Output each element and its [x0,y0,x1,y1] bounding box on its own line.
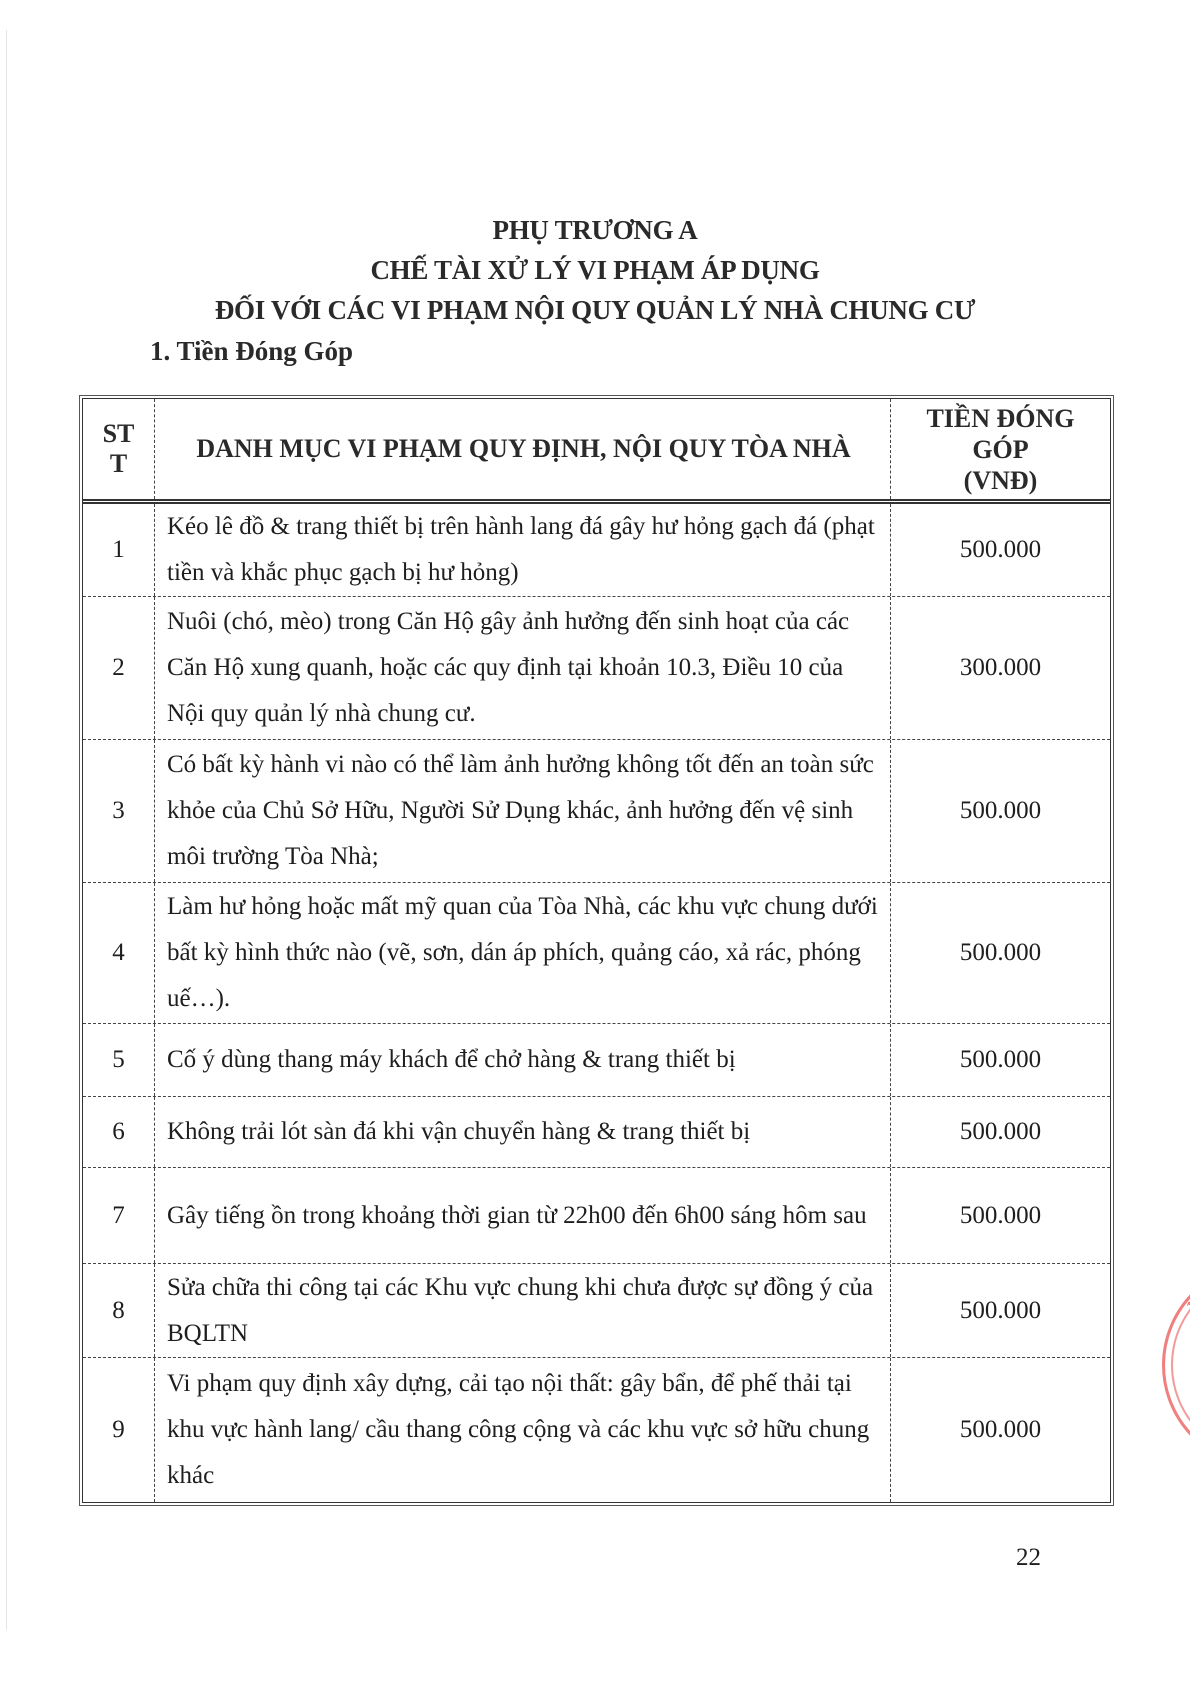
header-amount-line3: (VNĐ) [964,465,1038,496]
row-description: Sửa chữa thi công tại các Khu vực chung … [155,1264,891,1357]
title-line-1: PHỤ TRƯƠNG A [0,210,1190,250]
row-description: Không trải lót sàn đá khi vận chuyển hàn… [155,1097,891,1167]
table-row: 5 Cố ý dùng thang máy khách để chở hàng … [83,1024,1110,1097]
header-stt-line2: T [110,449,127,479]
table-header-row: ST T DANH MỤC VI PHẠM QUY ĐỊNH, NỘI QUY … [83,399,1110,504]
title-line-3: ĐỐI VỚI CÁC VI PHẠM NỘI QUY QUẢN LÝ NHÀ … [0,290,1190,330]
row-stt: 3 [83,740,155,882]
table-row: 2 Nuôi (chó, mèo) trong Căn Hộ gây ảnh h… [83,597,1110,740]
table-row: 3 Có bất kỳ hành vi nào có thể làm ảnh h… [83,740,1110,883]
document-title: PHỤ TRƯƠNG A CHẾ TÀI XỬ LÝ VI PHẠM ÁP DỤ… [0,210,1190,330]
row-amount: 500.000 [891,1097,1110,1167]
table-row: 9 Vi phạm quy định xây dựng, cải tạo nội… [83,1358,1110,1502]
violations-table: ST T DANH MỤC VI PHẠM QUY ĐỊNH, NỘI QUY … [79,395,1114,1506]
title-line-2: CHẾ TÀI XỬ LÝ VI PHẠM ÁP DỤNG [0,250,1190,290]
row-amount: 500.000 [891,504,1110,596]
row-amount: 500.000 [891,1264,1110,1357]
row-description: Vi phạm quy định xây dựng, cải tạo nội t… [155,1358,891,1502]
row-amount: 500.000 [891,883,1110,1023]
row-stt: 6 [83,1097,155,1167]
row-description: Cố ý dùng thang máy khách để chở hàng & … [155,1024,891,1096]
row-description: Làm hư hỏng hoặc mất mỹ quan của Tòa Nhà… [155,883,891,1023]
page-number: 22 [1016,1544,1041,1572]
header-stt: ST T [83,399,155,499]
header-stt-line1: ST [103,419,135,449]
table-row: 6 Không trải lót sàn đá khi vận chuyển h… [83,1097,1110,1168]
stamp-text: NH [1183,1278,1190,1313]
row-description: Kéo lê đồ & trang thiết bị trên hành lan… [155,504,891,596]
header-amount: TIỀN ĐÓNG GÓP (VNĐ) [891,399,1110,499]
table-row: 1 Kéo lê đồ & trang thiết bị trên hành l… [83,504,1110,597]
red-seal-stamp: NH [1162,1262,1190,1468]
row-amount: 500.000 [891,740,1110,882]
section-heading: 1. Tiền Đóng Góp [150,336,353,367]
row-stt: 8 [83,1264,155,1357]
row-description: Gây tiếng ồn trong khoảng thời gian từ 2… [155,1168,891,1263]
row-stt: 7 [83,1168,155,1263]
row-stt: 9 [83,1358,155,1502]
header-amount-line2: GÓP [972,434,1028,465]
row-stt: 1 [83,504,155,596]
row-stt: 4 [83,883,155,1023]
row-amount: 300.000 [891,597,1110,739]
row-amount: 500.000 [891,1358,1110,1502]
table-row: 7 Gây tiếng ồn trong khoảng thời gian từ… [83,1168,1110,1264]
row-amount: 500.000 [891,1024,1110,1096]
table-row: 8 Sửa chữa thi công tại các Khu vực chun… [83,1264,1110,1358]
row-stt: 5 [83,1024,155,1096]
table-row: 4 Làm hư hỏng hoặc mất mỹ quan của Tòa N… [83,883,1110,1024]
row-description: Có bất kỳ hành vi nào có thể làm ảnh hưở… [155,740,891,882]
header-amount-line1: TIỀN ĐÓNG [926,403,1074,434]
header-description: DANH MỤC VI PHẠM QUY ĐỊNH, NỘI QUY TÒA N… [155,399,891,499]
row-stt: 2 [83,597,155,739]
row-description: Nuôi (chó, mèo) trong Căn Hộ gây ảnh hưở… [155,597,891,739]
row-amount: 500.000 [891,1168,1110,1263]
